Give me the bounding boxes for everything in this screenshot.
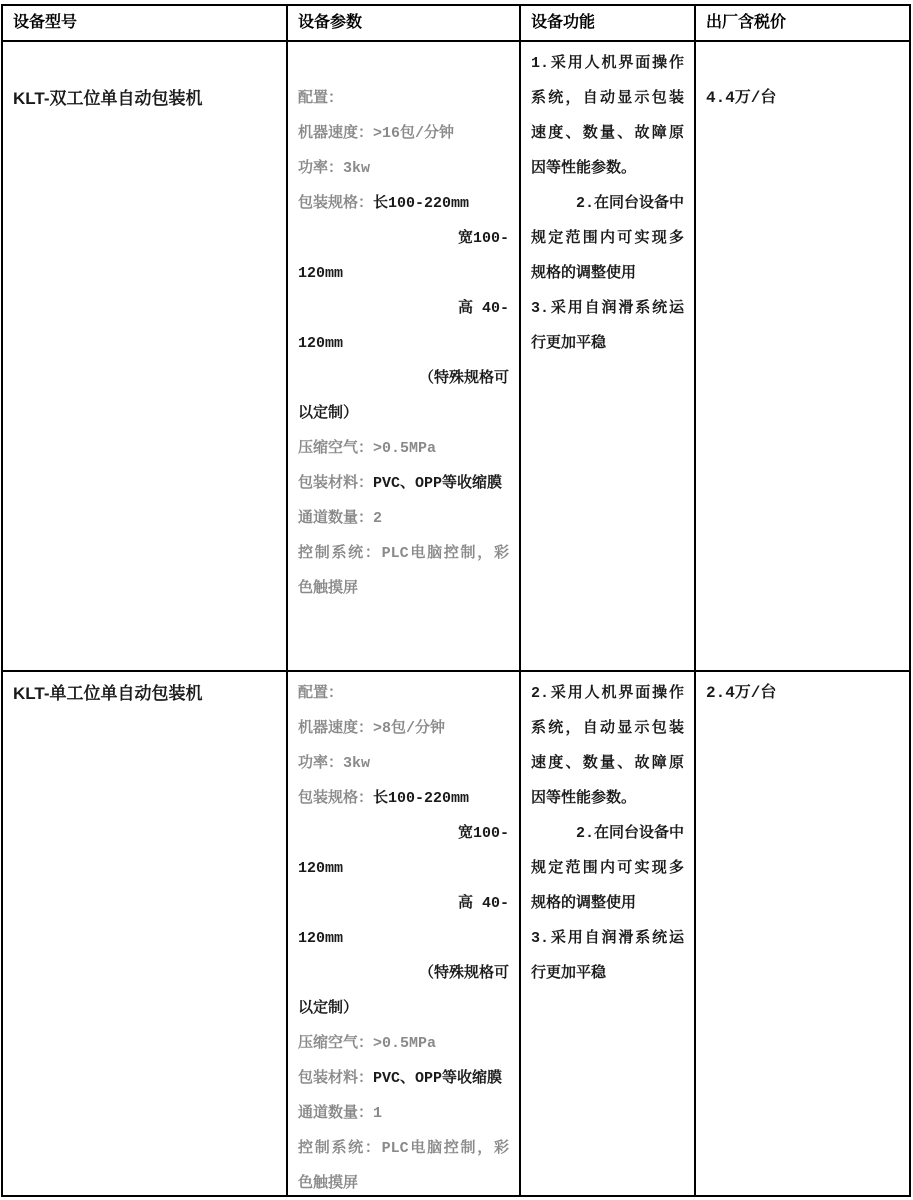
functions-cell-row2: 2.采用人机界面操作系统，自动显示包装速度、数量、故障原因等性能参数。2.在同台… <box>521 672 696 1195</box>
text-line: 功率：3kw <box>298 151 509 186</box>
text-line: 3.采用自润滑系统运 <box>531 291 684 326</box>
text-segment: （特殊规格可 <box>419 965 509 982</box>
header-cell-function: 设备功能 <box>521 6 696 42</box>
price-cell-row1: 4.4万/台 <box>696 42 909 672</box>
functions-cell-row1: 1.采用人机界面操作系统，自动显示包装速度、数量、故障原因等性能参数。2.在同台… <box>521 42 696 672</box>
text-segment: 因等性能参数。 <box>531 160 636 177</box>
text-segment: 规定范围内可实现多 <box>531 230 684 247</box>
text-segment: 速度、数量、故障原 <box>531 755 684 772</box>
text-segment: 功率：3kw <box>298 755 370 772</box>
text-segment: 行更加平稳 <box>531 965 606 982</box>
price-cell-row2: 2.4万/台 <box>696 672 909 1195</box>
text-line: 规定范围内可实现多 <box>531 851 684 886</box>
text-segment: 配置： <box>298 90 343 107</box>
text-segment: 色触摸屏 <box>298 580 358 597</box>
text-segment: 宽100- <box>458 230 509 247</box>
text-line: 配置： <box>298 81 509 116</box>
header-cell-price: 出厂含税价 <box>696 6 909 42</box>
text-segment: 系统，自动显示包装 <box>531 720 684 737</box>
text-segment: 控制系统：PLC电脑控制，彩 <box>298 545 509 562</box>
text-line: （特殊规格可 <box>298 956 509 991</box>
text-line: 压缩空气：>0.5MPa <box>298 431 509 466</box>
text-segment: 压缩空气：>0.5MPa <box>298 440 436 457</box>
text-segment: 规格的调整使用 <box>531 895 636 912</box>
text-segment: 3.采用自润滑系统运 <box>531 930 684 947</box>
equipment-spec-table: 设备型号 设备参数 设备功能 出厂含税价 KLT-双工位单自动包装机 配置：机器… <box>1 4 911 1197</box>
text-segment: 高 40- <box>458 895 509 912</box>
text-line: 色触摸屏 <box>298 1166 509 1195</box>
text-segment: 通道数量：2 <box>298 510 382 527</box>
params-cell-row1: 配置：机器速度：>16包/分钟功率：3kw包装规格：长100-220mm宽100… <box>288 42 521 672</box>
text-line: 色触摸屏 <box>298 571 509 606</box>
text-line: 包装规格：长100-220mm <box>298 186 509 221</box>
text-line: 2.在同台设备中 <box>531 816 684 851</box>
text-line: 功率：3kw <box>298 746 509 781</box>
text-line: 包装材料：PVC、OPP等收缩膜 <box>298 466 509 501</box>
text-segment: 120mm <box>298 930 343 947</box>
text-line: 系统，自动显示包装 <box>531 711 684 746</box>
text-line: 通道数量：2 <box>298 501 509 536</box>
text-segment: 因等性能参数。 <box>531 790 636 807</box>
text-line: 速度、数量、故障原 <box>531 116 684 151</box>
text-line: 规格的调整使用 <box>531 886 684 921</box>
text-segment: 包装材料： <box>298 475 373 492</box>
text-line: 120mm <box>298 326 509 361</box>
text-line: 120mm <box>298 256 509 291</box>
text-segment: 1.采用人机界面操作 <box>531 55 684 72</box>
text-line: 系统，自动显示包装 <box>531 81 684 116</box>
text-line: 规定范围内可实现多 <box>531 221 684 256</box>
text-line: 2.在同台设备中 <box>531 186 684 221</box>
text-segment: 包装规格： <box>298 195 373 212</box>
text-segment: （特殊规格可 <box>419 370 509 387</box>
text-segment: 规定范围内可实现多 <box>531 860 684 877</box>
text-segment: 色触摸屏 <box>298 1175 358 1192</box>
text-segment: 配置： <box>298 685 343 702</box>
text-segment: 包装规格： <box>298 790 373 807</box>
model-cell-row1: KLT-双工位单自动包装机 <box>3 42 288 672</box>
text-line: 1.采用人机界面操作 <box>531 46 684 81</box>
text-segment: 速度、数量、故障原 <box>531 125 684 142</box>
text-segment: 120mm <box>298 265 343 282</box>
text-line: 行更加平稳 <box>531 326 684 361</box>
text-line: 包装材料：PVC、OPP等收缩膜 <box>298 1061 509 1096</box>
text-line: 宽100- <box>298 221 509 256</box>
text-segment: 2.采用人机界面操作 <box>531 685 684 702</box>
text-segment: 系统，自动显示包装 <box>531 90 684 107</box>
text-line: 2.采用人机界面操作 <box>531 676 684 711</box>
text-line: 机器速度：>16包/分钟 <box>298 116 509 151</box>
text-line: 控制系统：PLC电脑控制，彩 <box>298 1131 509 1166</box>
text-line: 因等性能参数。 <box>531 781 684 816</box>
text-line: 3.采用自润滑系统运 <box>531 921 684 956</box>
text-line: 120mm <box>298 921 509 956</box>
text-segment: 通道数量：1 <box>298 1105 382 1122</box>
text-segment: PVC、OPP等收缩膜 <box>373 1070 502 1087</box>
text-segment: 行更加平稳 <box>531 335 606 352</box>
text-line: 控制系统：PLC电脑控制，彩 <box>298 536 509 571</box>
text-segment: 3.采用自润滑系统运 <box>531 300 684 317</box>
text-line: 包装规格：长100-220mm <box>298 781 509 816</box>
text-line: 120mm <box>298 851 509 886</box>
text-line: 机器速度：>8包/分钟 <box>298 711 509 746</box>
text-segment: 压缩空气：>0.5MPa <box>298 1035 436 1052</box>
params-cell-row2: 配置：机器速度：>8包/分钟功率：3kw包装规格：长100-220mm宽100-… <box>288 672 521 1195</box>
text-line: 高 40- <box>298 886 509 921</box>
text-segment: 长100-220mm <box>373 790 469 807</box>
header-cell-model: 设备型号 <box>3 6 288 42</box>
text-line: 通道数量：1 <box>298 1096 509 1131</box>
text-segment: 高 40- <box>458 300 509 317</box>
text-line: 以定制） <box>298 396 509 431</box>
text-segment: 功率：3kw <box>298 160 370 177</box>
text-segment: 包装材料： <box>298 1070 373 1087</box>
text-line: 速度、数量、故障原 <box>531 746 684 781</box>
text-segment: 规格的调整使用 <box>531 265 636 282</box>
header-cell-params: 设备参数 <box>288 6 521 42</box>
text-line: 配置： <box>298 676 509 711</box>
text-segment: 宽100- <box>458 825 509 842</box>
text-segment: 120mm <box>298 335 343 352</box>
text-segment: 2.在同台设备中 <box>576 825 684 842</box>
text-segment: 控制系统：PLC电脑控制，彩 <box>298 1140 509 1157</box>
text-segment: 以定制） <box>298 1000 358 1017</box>
text-segment: 长100-220mm <box>373 195 469 212</box>
text-line: 因等性能参数。 <box>531 151 684 186</box>
text-line: 以定制） <box>298 991 509 1026</box>
text-segment: 2.在同台设备中 <box>576 195 684 212</box>
text-line: 高 40- <box>298 291 509 326</box>
text-segment: PVC、OPP等收缩膜 <box>373 475 502 492</box>
text-line: 规格的调整使用 <box>531 256 684 291</box>
text-line: 宽100- <box>298 816 509 851</box>
text-segment: 机器速度：>8包/分钟 <box>298 720 445 737</box>
text-segment: 120mm <box>298 860 343 877</box>
text-line: 行更加平稳 <box>531 956 684 991</box>
text-segment: 机器速度：>16包/分钟 <box>298 125 454 142</box>
text-line: 压缩空气：>0.5MPa <box>298 1026 509 1061</box>
model-cell-row2: KLT-单工位单自动包装机 <box>3 672 288 1195</box>
text-line: （特殊规格可 <box>298 361 509 396</box>
text-segment: 以定制） <box>298 405 358 422</box>
